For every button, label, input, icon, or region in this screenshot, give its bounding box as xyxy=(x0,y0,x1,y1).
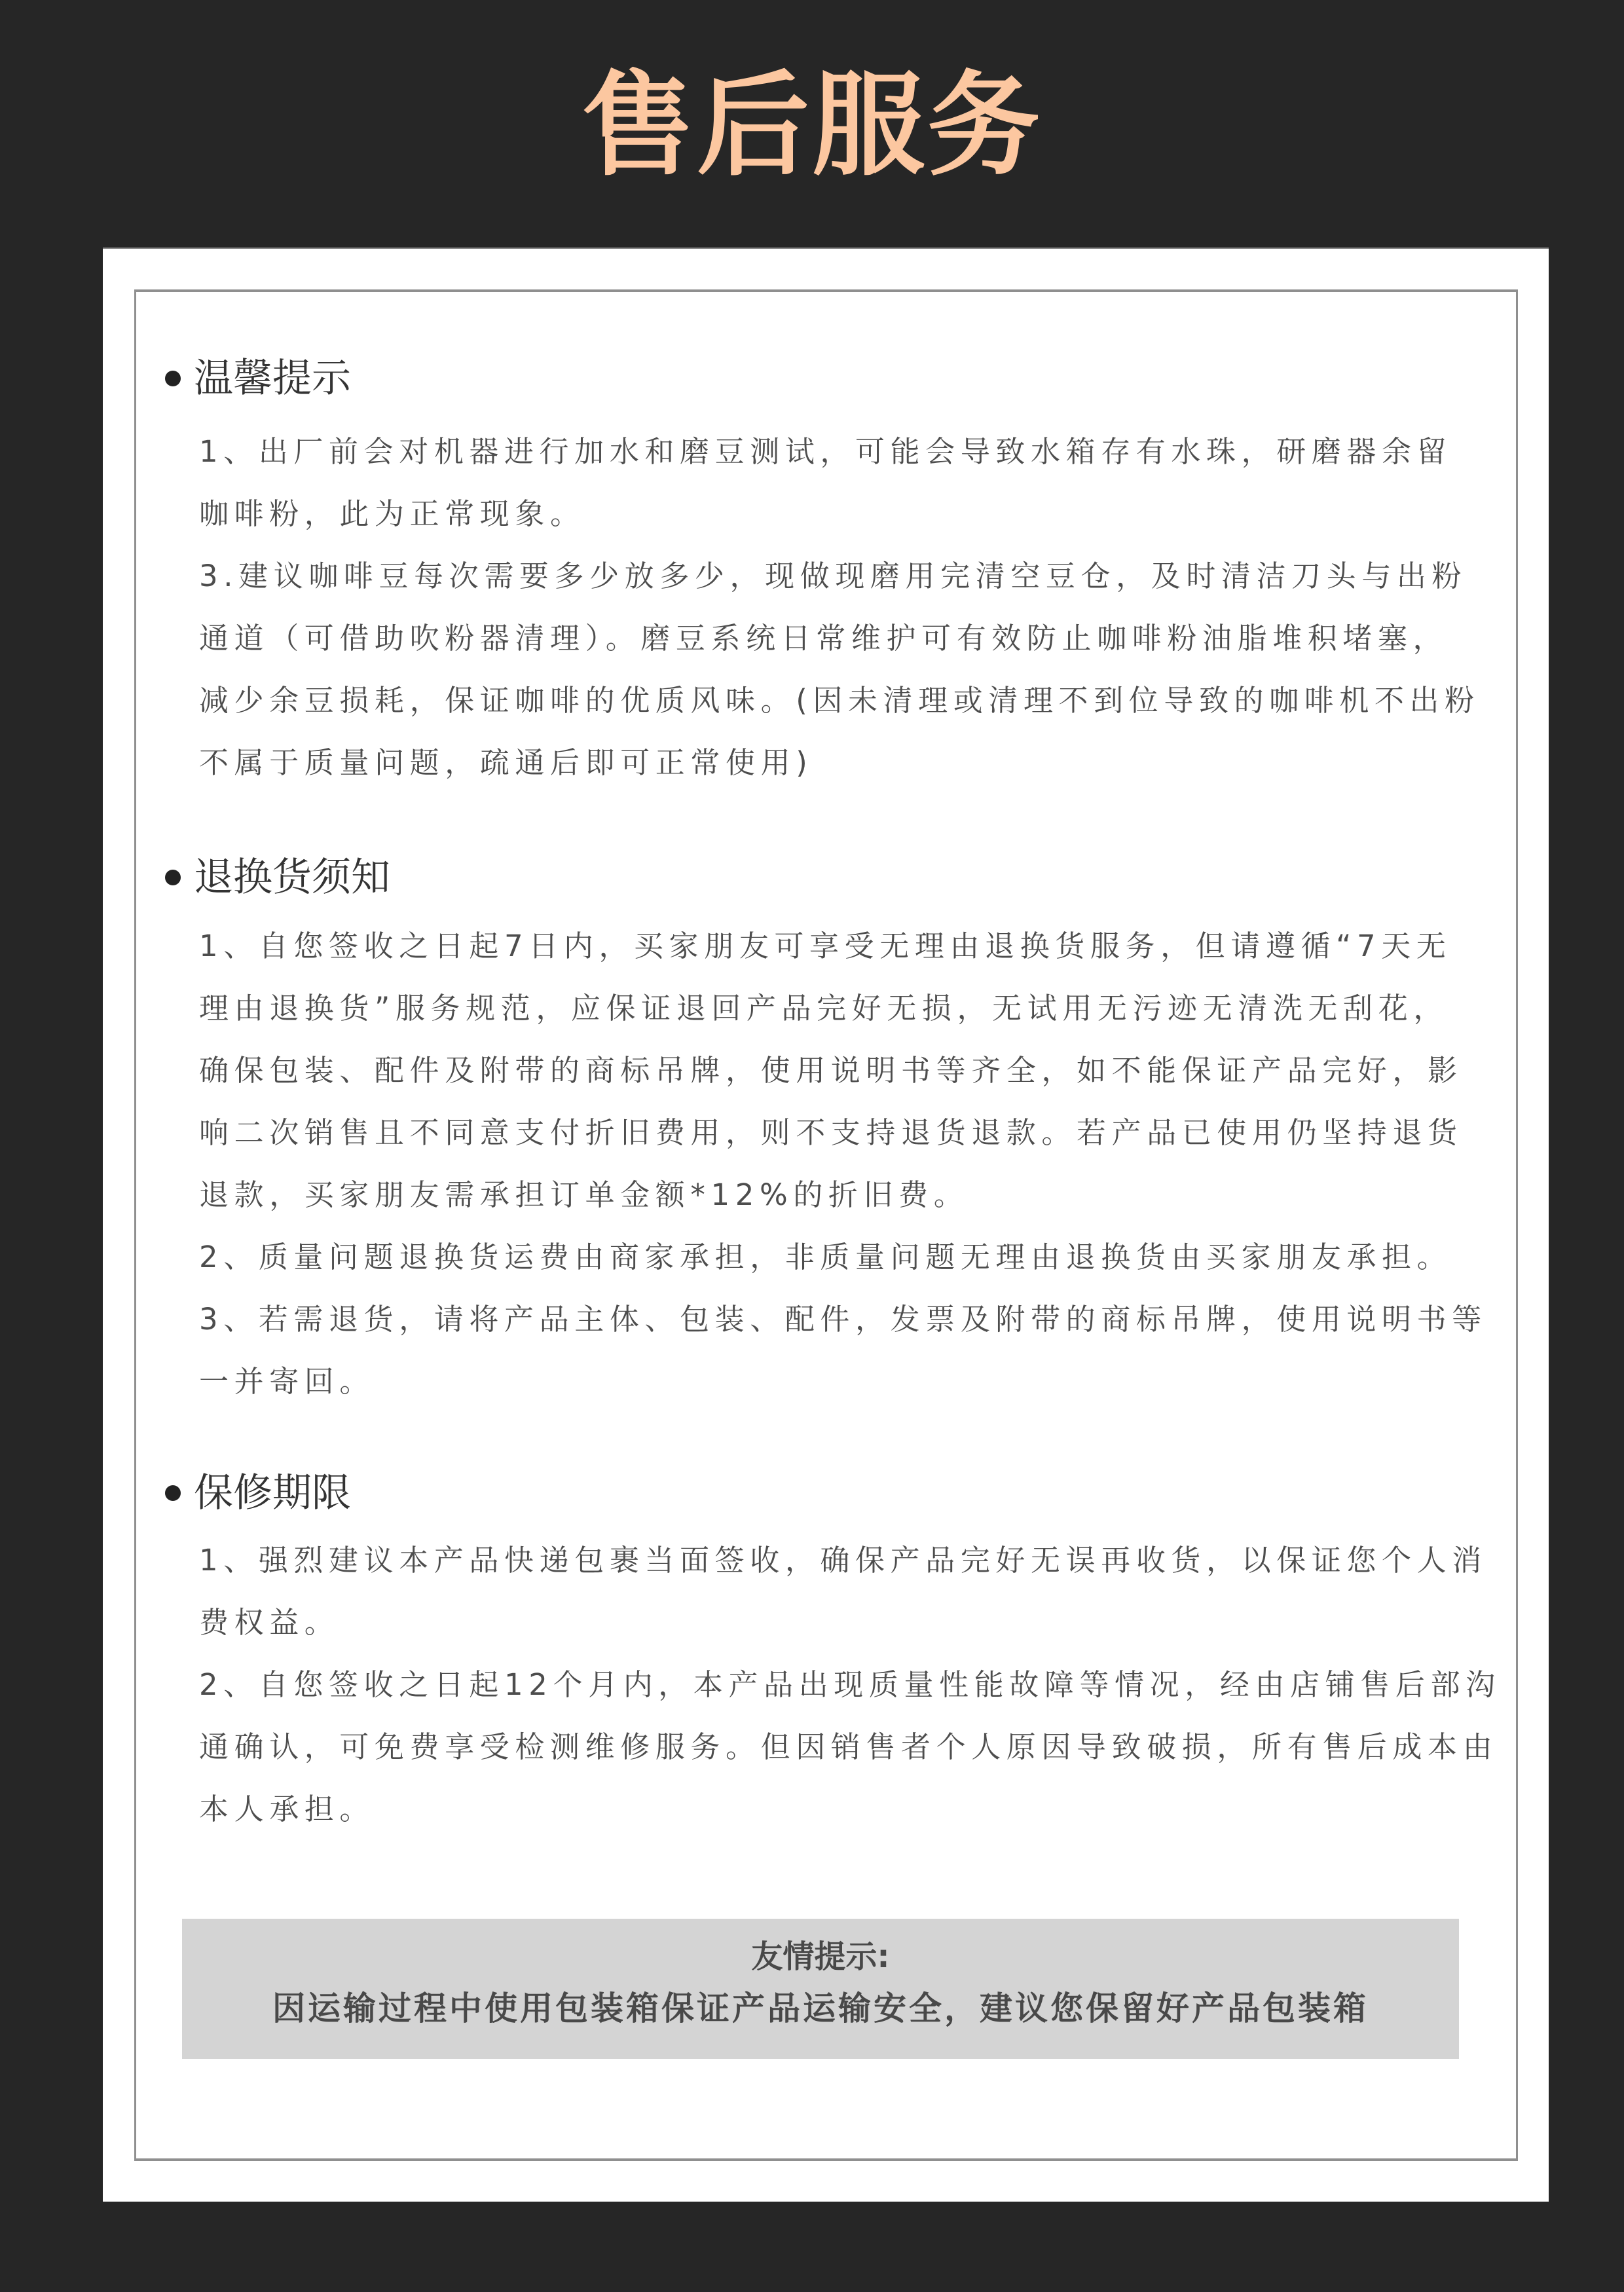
warranty-line: 本人承担。 xyxy=(199,1786,375,1832)
returns-line: 2、质量问题退换货运费由商家承担，非质量问题无理由退换货由买家朋友承担。 xyxy=(199,1234,1452,1280)
returns-line: 理由退换货”服务规范，应保证退回产品完好无损，无试用无污迹无清洗无刮花， xyxy=(199,986,1449,1031)
section-heading-label: 保修期限 xyxy=(194,1467,351,1519)
returns-line: 确保包装、配件及附带的商标吊牌，使用说明书等齐全，如不能保证产品完好，影 xyxy=(199,1048,1463,1094)
returns-line: 1、自您签收之日起7日内，买家朋友可享受无理由退换货服务，但请遵循“7天无 xyxy=(199,923,1451,969)
tips-line: 咖啡粉，此为正常现象。 xyxy=(199,491,585,537)
returns-line: 退款，买家朋友需承担订单金额*12%的折旧费。 xyxy=(199,1172,969,1218)
tips-line: 3.建议咖啡豆每次需要多少放多少，现做现磨用完清空豆仓，及时清洁刀头与出粉 xyxy=(199,553,1467,599)
page-title: 售后服务 xyxy=(0,60,1624,191)
tip-title: 友情提示: xyxy=(182,1937,1459,1976)
returns-line: 3、若需退货，请将产品主体、包装、配件，发票及附带的商标吊牌，使用说明书等 xyxy=(199,1297,1487,1342)
returns-line: 一并寄回。 xyxy=(199,1359,375,1405)
section-heading-warranty: 保修期限 xyxy=(162,1467,351,1519)
bullet-icon xyxy=(165,870,181,885)
tips-line: 减少余豆损耗，保证咖啡的优质风味。(因未清理或清理不到位导致的咖啡机不出粉 xyxy=(199,678,1480,724)
tip-text: 因运输过程中使用包装箱保证产品运输安全，建议您保留好产品包装箱 xyxy=(182,1987,1459,2029)
tips-line: 不属于质量问题，疏通后即可正常使用) xyxy=(199,740,813,786)
friendly-tip-box: 友情提示: 因运输过程中使用包装箱保证产品运输安全，建议您保留好产品包装箱 xyxy=(182,1919,1459,2059)
bullet-icon xyxy=(165,371,181,386)
section-heading-returns: 退换货须知 xyxy=(162,851,390,904)
warranty-line: 费权益。 xyxy=(199,1600,339,1646)
section-heading-label: 退换货须知 xyxy=(194,851,390,904)
tips-line: 1、出厂前会对机器进行加水和磨豆测试，可能会导致水箱存有水珠，研磨器余留 xyxy=(199,429,1452,475)
warranty-line: 2、自您签收之日起12个月内，本产品出现质量性能故障等情况，经由店铺售后部沟 xyxy=(199,1662,1501,1708)
bullet-icon xyxy=(165,1485,181,1501)
returns-line: 响二次销售且不同意支付折旧费用，则不支持退货退款。若产品已使用仍坚持退货 xyxy=(199,1110,1463,1156)
section-heading-tips: 温馨提示 xyxy=(162,352,351,405)
tips-line: 通道（可借助吹粉器清理）。磨豆系统日常维护可有效防止咖啡粉油脂堆积堵塞， xyxy=(199,616,1448,661)
warranty-line: 1、强烈建议本产品快递包裹当面签收，确保产品完好无误再收货，以保证您个人消 xyxy=(199,1538,1487,1583)
warranty-line: 通确认，可免费享受检测维修服务。但因销售者个人原因导致破损，所有售后成本由 xyxy=(199,1724,1498,1770)
section-heading-label: 温馨提示 xyxy=(194,352,351,405)
